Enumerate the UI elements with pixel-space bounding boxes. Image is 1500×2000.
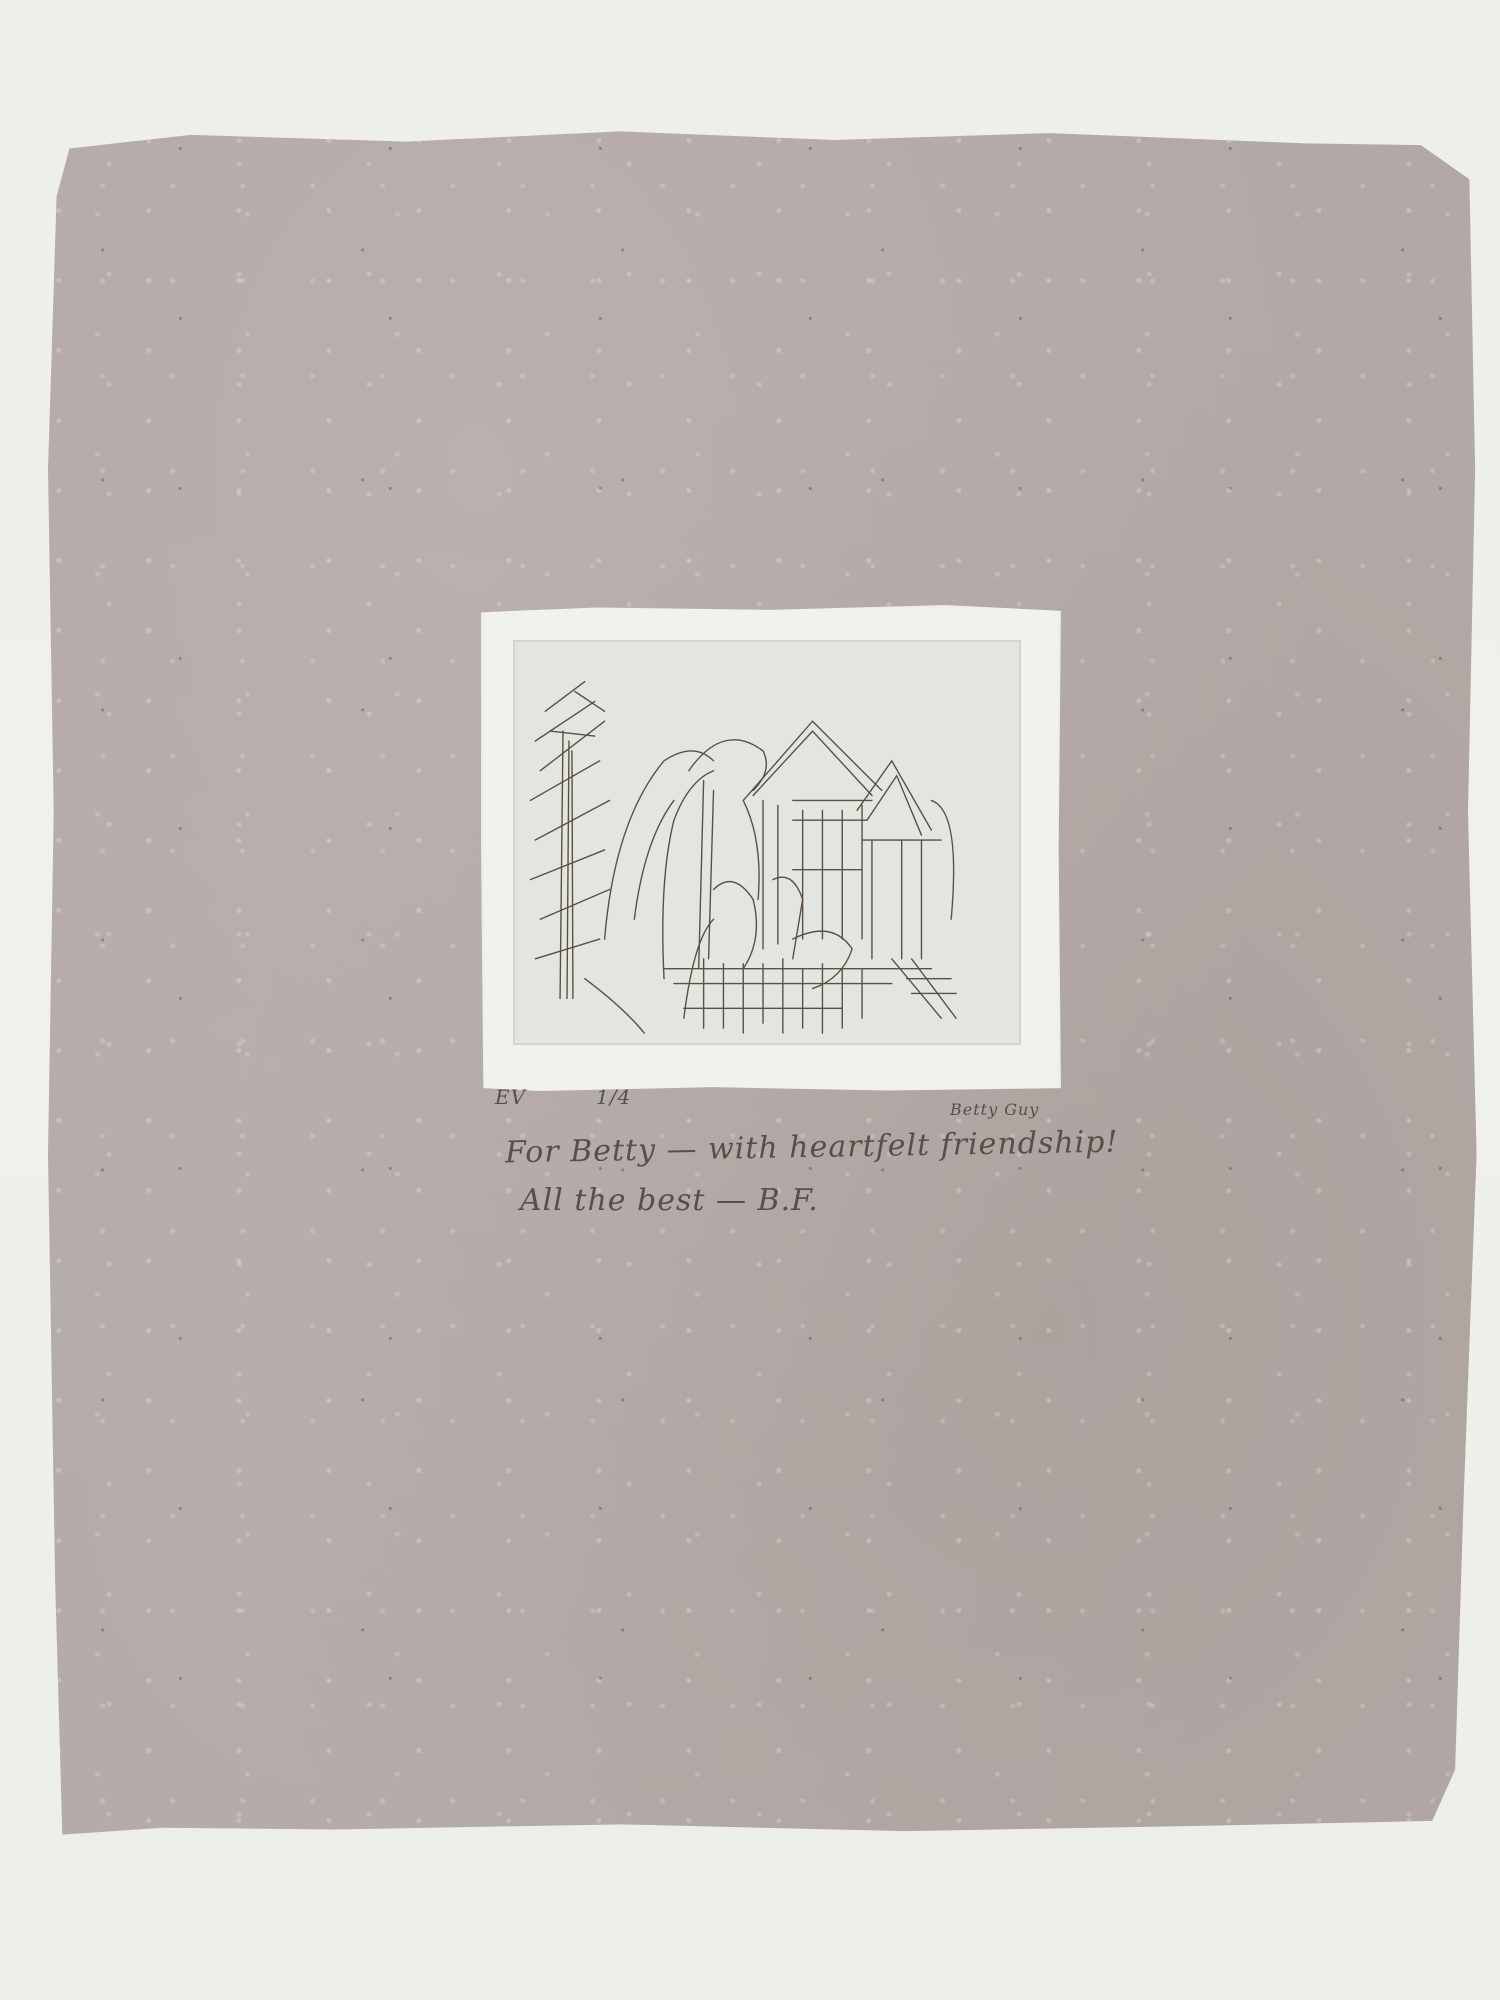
dedication-line-2: All the best — B.F. xyxy=(520,1183,819,1218)
etching-plate xyxy=(513,640,1021,1045)
edition-mark: EV xyxy=(495,1085,526,1109)
edition-number: 1/4 xyxy=(596,1085,631,1109)
plate-title-inscription: Betty Guy xyxy=(950,1100,1039,1119)
print-mat xyxy=(481,605,1061,1093)
etching-drawing xyxy=(515,642,1019,1043)
edition-inscription: EV1/4 xyxy=(495,1085,631,1109)
